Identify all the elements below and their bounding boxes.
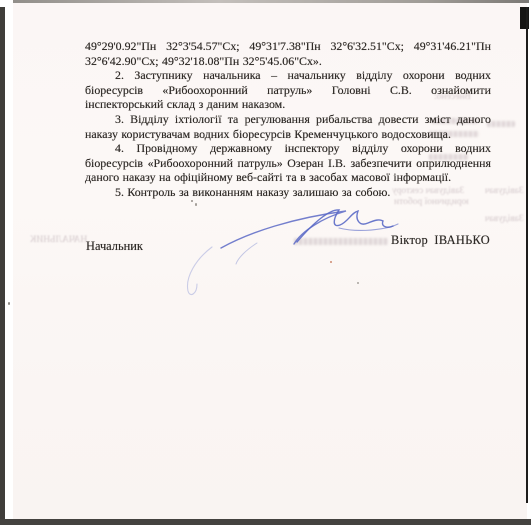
scan-speck (357, 282, 359, 284)
scan-speck (191, 200, 193, 202)
bleedthrough-text: Завідувач (485, 214, 524, 224)
paragraph-2: 2. Заступнику начальника – начальнику ві… (85, 68, 491, 112)
scan-gutter (5, 0, 13, 525)
bleedthrough-smudge (487, 121, 515, 127)
scan-edge-left (0, 7, 5, 525)
bleedthrough-smudge (294, 238, 388, 245)
signer-name: Віктор ІВАНЬКО (391, 233, 490, 248)
signoff-position-title: Начальник (86, 239, 143, 254)
scan-edge-bottom (0, 519, 531, 525)
scan-speck (330, 261, 332, 263)
paragraph-4: 4. Провідному державному інспектору відд… (85, 141, 491, 185)
scan-speck (8, 302, 10, 305)
scan-edge-right-line (526, 7, 528, 503)
paragraph-5: 5. Контроль за виконанням наказу залишаю… (85, 185, 491, 200)
paragraph-coordinates: 49°29'0.92"Пн 32°3'54.57"Сх; 49°31'7.38"… (85, 39, 491, 68)
scan-edge-top (13, 0, 531, 3)
bleedthrough-text: НАЧАЛЬНИК (30, 235, 87, 245)
scanned-document-page: Внесено: Завідувач сектору юридичної роб… (0, 0, 531, 525)
paragraph-3: 3. Відділу іхтіології та регулювання риб… (85, 112, 491, 141)
scan-speck (195, 203, 197, 206)
document-body: 49°29'0.92"Пн 32°3'54.57"Сх; 49°31'7.38"… (85, 39, 491, 200)
